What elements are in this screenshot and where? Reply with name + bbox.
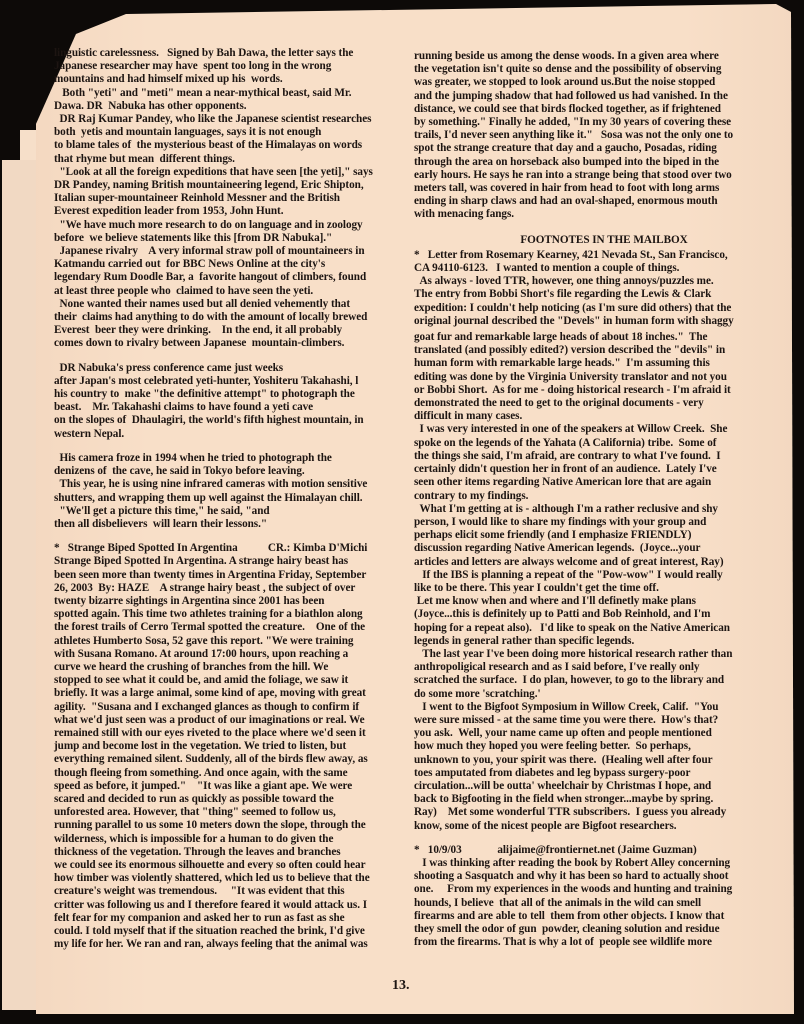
spacer [414,833,794,844]
page-number: 13. [392,978,410,994]
letter-guzman: * 10/9/03 alijaime@frontiernet.net (Jaim… [414,844,794,950]
left-column: linguistic carelessness. Signed by Bah D… [54,47,412,951]
paragraph: DR Raj Kumar Pandey, who like the Japane… [54,113,412,166]
paragraph: None wanted their names used but all den… [54,298,412,351]
paragraph: running beside us among the dense woods.… [414,50,794,222]
paragraph: Both "yeti" and "meti" mean a near-mythi… [54,87,412,113]
spacer [54,351,412,362]
paragraph: "Look at all the foreign expeditions tha… [54,166,412,219]
section-heading: FOOTNOTES IN THE MAILBOX [414,234,794,247]
paragraph: linguistic carelessness. Signed by Bah D… [54,47,412,87]
right-column: running beside us among the dense woods.… [414,50,794,949]
paragraph: His camera froze in 1994 when he tried t… [54,452,412,531]
paragraph: DR Nabuka's press conference came just w… [54,362,412,441]
letter-kearney-part2: goat fur and remarkable large heads of a… [414,331,794,833]
spacer [54,441,412,452]
spacer [54,531,412,542]
letter-kearney-part1: * Letter from Rosemary Kearney, 421 Neva… [414,249,794,328]
paragraph: "We have much more research to do on lan… [54,219,412,245]
paragraph: Japanese rivalry A very informal straw p… [54,245,412,298]
bottom-shadow [0,1014,804,1024]
article-argentina-biped: * Strange Biped Spotted In Argentina CR.… [54,542,412,951]
